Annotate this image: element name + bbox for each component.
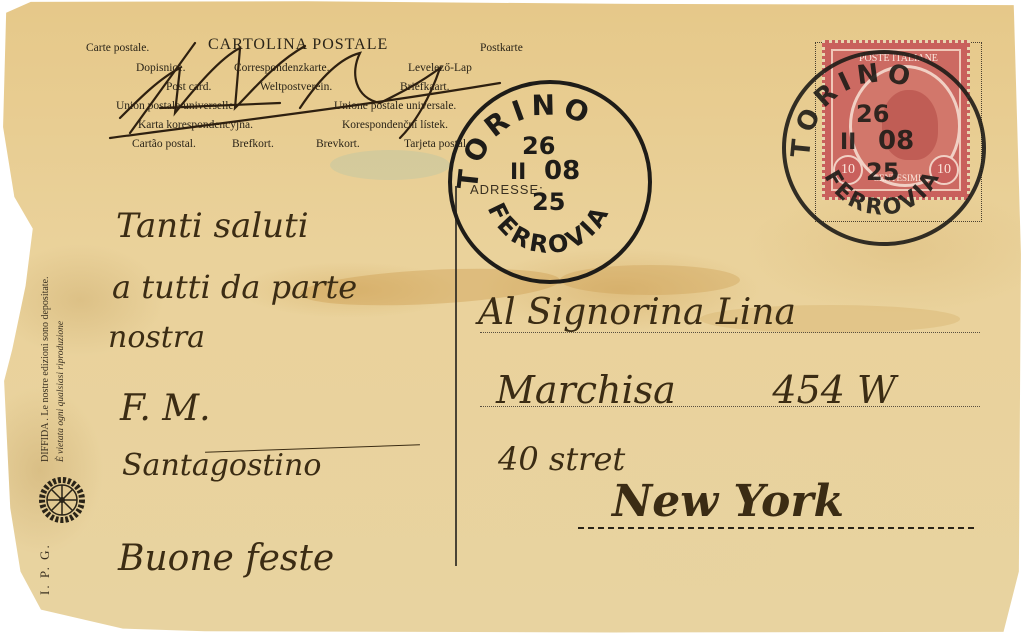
address-city: New York	[612, 476, 844, 527]
teal-smudge	[330, 150, 450, 180]
diffida-text: DIFFIDA . Le nostre edizioni sono deposi…	[40, 276, 51, 462]
side-legal-text: DIFFIDA . Le nostre edizioni sono deposi…	[40, 110, 100, 630]
postcard: Carte postale. CARTOLINA POSTALE Postkar…	[0, 0, 1024, 635]
address-street: 40 stret	[498, 440, 625, 478]
postmark-day: 26	[856, 100, 889, 128]
postmark-hour: 25	[866, 158, 899, 186]
address-underline	[578, 527, 974, 529]
address-recipient: Al Signorina Lina	[478, 292, 796, 333]
message-line: a tutti da parte	[112, 268, 357, 306]
address-line: Marchisa 454 W	[496, 368, 896, 412]
signature-name: Santagostino	[122, 448, 321, 483]
postmark-month: II	[840, 130, 856, 155]
message-line: nostra	[108, 320, 205, 355]
postmark-center: TORINO FERROVIA 26 II 08 25	[448, 80, 652, 284]
postmark-year: 08	[544, 156, 580, 186]
message-line: Tanti saluti	[116, 206, 309, 246]
publisher-mark: I. P. G.	[37, 543, 53, 595]
postmark-stamp-cancel: TORINO FERROVIA 26 II 08 25	[782, 50, 986, 246]
postmark-month: II	[510, 160, 526, 185]
message-line: Buone feste	[118, 538, 334, 579]
postmark-year: 08	[878, 126, 914, 156]
diffida-text-2: È vietata ogni qualsiasi riproduzione	[56, 321, 66, 462]
publisher-gear-icon	[36, 474, 88, 526]
postmark-hour: 25	[532, 188, 565, 216]
signature-initials: F. M.	[120, 388, 211, 429]
